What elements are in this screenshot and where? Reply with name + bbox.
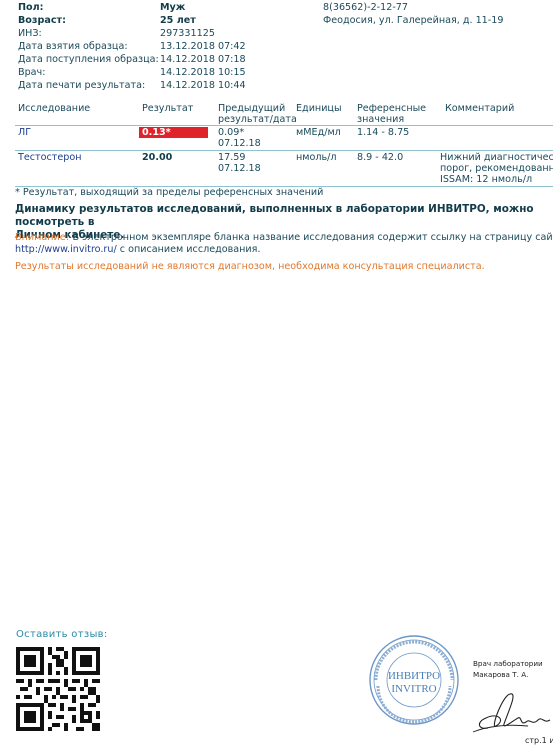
sex-value: Муж — [160, 1, 185, 14]
comment-line: Нижний диагностический — [440, 152, 553, 163]
lab-stamp: ИНВИТРО INVITRO — [368, 634, 460, 726]
result-value: 20.00 — [142, 152, 172, 163]
header-result: Результат — [142, 103, 193, 114]
header-reference-line1: Референсные — [357, 103, 426, 114]
print-date-value: 14.12.2018 10:44 — [160, 79, 246, 92]
comment-line: ISSAM: 12 нмоль/л — [440, 174, 532, 185]
signature — [468, 690, 553, 740]
invitro-link[interactable]: http://www.invitro.ru/ — [15, 244, 117, 255]
header-divider — [15, 125, 553, 126]
reference-range: 8.9 - 42.0 — [357, 152, 403, 163]
lab-doctor: Врач лаборатории Макарова Т. А. — [473, 658, 543, 680]
previous-value: 0.09* — [218, 127, 244, 138]
sample-received-value: 14.12.2018 07:18 — [160, 53, 246, 66]
lab-address: Феодосия, ул. Галерейная, д. 11-19 — [323, 14, 503, 27]
attention-word: Внимание! — [15, 232, 69, 243]
units: мМЕд/мл — [296, 127, 341, 138]
header-previous-line2: результат/дата — [218, 114, 297, 125]
doctor-name: Макарова Т. А. — [473, 669, 543, 680]
previous-value: 17.59 — [218, 152, 245, 163]
asterisk-note: * Результат, выходящий за пределы рефере… — [15, 187, 323, 199]
svg-text:ИНВИТРО: ИНВИТРО — [388, 670, 440, 682]
doctor-label: Врач: — [18, 66, 45, 79]
sample-received-label: Дата поступления образца: — [18, 53, 159, 66]
reference-range: 1.14 - 8.75 — [357, 127, 409, 138]
header-reference: Референсные значения — [357, 103, 426, 125]
previous-date: 07.12.18 — [218, 163, 261, 174]
attention-text: В электронном экземпляре бланка название… — [69, 232, 553, 243]
feedback-qr-code[interactable] — [16, 647, 100, 731]
attention-note-line2: http://www.invitro.ru/ с описанием иссле… — [15, 244, 261, 256]
header-comment: Комментарий — [445, 103, 514, 114]
print-date-label: Дата печати результата: — [18, 79, 145, 92]
link-suffix: с описанием исследования. — [117, 244, 261, 255]
header-units: Единицы — [296, 103, 342, 114]
signature-icon — [468, 690, 553, 740]
test-link[interactable]: ЛГ — [18, 127, 31, 138]
header-reference-line2: значения — [357, 114, 426, 125]
header-previous: Предыдущий результат/дата — [218, 103, 297, 125]
units: нмоль/л — [296, 152, 337, 163]
header-previous-line1: Предыдущий — [218, 103, 297, 114]
disclaimer: Результаты исследований не являются диаг… — [15, 261, 485, 273]
inz-label: ИНЗ: — [18, 27, 42, 40]
sample-taken-label: Дата взятия образца: — [18, 40, 128, 53]
lab-phone: 8(36562)-2-12-77 — [323, 1, 408, 14]
test-link[interactable]: Тестостерон — [18, 152, 82, 163]
age-value: 25 лет — [160, 14, 196, 27]
feedback-label: Оставить отзыв: — [16, 629, 108, 640]
dynamics-line1: Динамику результатов исследований, выпол… — [15, 203, 545, 229]
sample-taken-value: 13.12.2018 07:42 — [160, 40, 246, 53]
invitro-stamp-icon: ИНВИТРО INVITRO — [368, 634, 460, 726]
comment-line: порог, рекомендованный — [440, 163, 553, 174]
row-divider — [15, 150, 553, 151]
age-label: Возраст: — [18, 14, 66, 27]
doctor-title: Врач лаборатории — [473, 658, 543, 669]
svg-text:INVITRO: INVITRO — [391, 683, 436, 695]
result-value-out-of-range: 0.13* — [139, 127, 208, 138]
previous-date: 07.12.18 — [218, 138, 261, 149]
qr-code-icon — [16, 647, 100, 731]
doctor-value: 14.12.2018 10:15 — [160, 66, 246, 79]
sex-label: Пол: — [18, 1, 43, 14]
inz-value: 297331125 — [160, 27, 215, 40]
page-number: стр.1 и — [525, 736, 553, 745]
header-test: Исследование — [18, 103, 90, 114]
attention-note: Внимание! В электронном экземпляре бланк… — [15, 232, 553, 244]
